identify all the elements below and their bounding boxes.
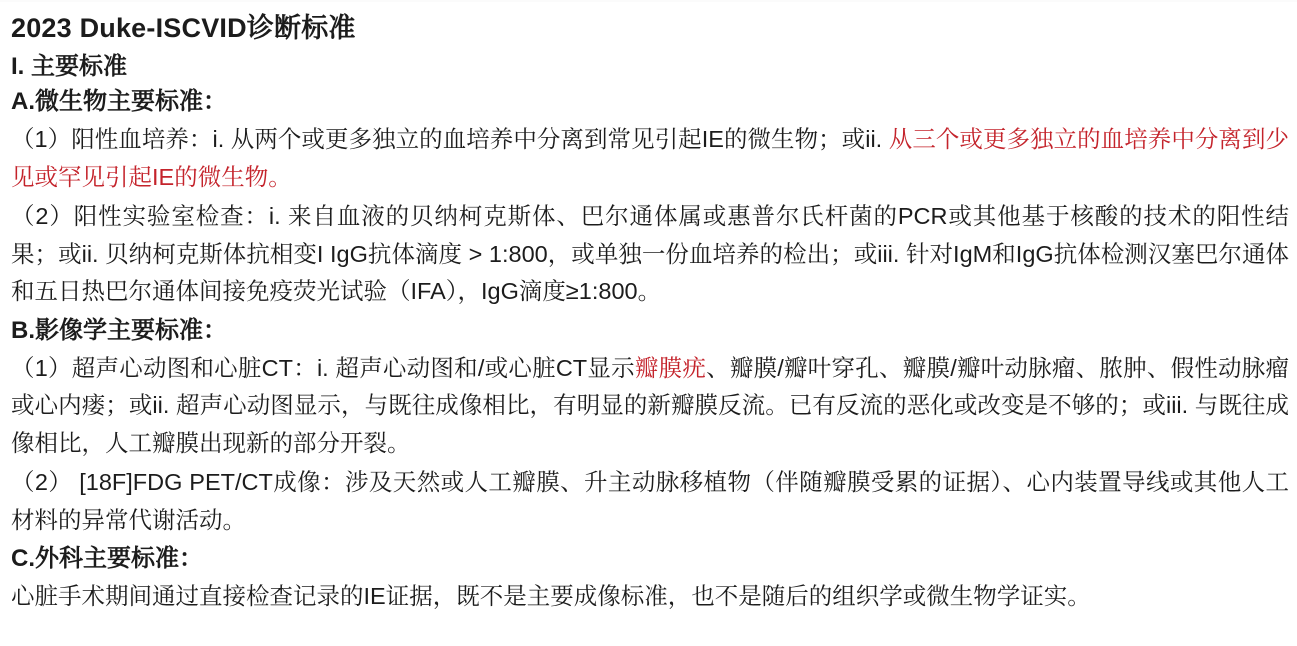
- paragraph-c1-surgical-evidence: 心脏手术期间通过直接检查记录的IE证据，既不是主要成像标准，也不是随后的组织学或…: [11, 578, 1289, 616]
- heading-b-imaging: B.影像学主要标准：: [11, 316, 1289, 346]
- text-segment: （2） [18F]FDG PET/CT成像：涉及天然或人工瓣膜、升主动脉移植物（…: [11, 469, 1289, 533]
- document-body: 2023 Duke-ISCVID诊断标准I. 主要标准A.微生物主要标准：（1）…: [11, 12, 1289, 616]
- highlighted-text: 瓣膜疣: [635, 355, 706, 381]
- text-segment: 心脏手术期间通过直接检查记录的IE证据，既不是主要成像标准，也不是随后的组织学或…: [11, 583, 1091, 609]
- heading-major-criteria: I. 主要标准: [11, 52, 1289, 82]
- heading-a-microbiology: A.微生物主要标准：: [11, 87, 1289, 117]
- paragraph-a2-laboratory-tests: （2）阳性实验室检查：i. 来自血液的贝纳柯克斯体、巴尔通体属或惠普尔氏杆菌的P…: [11, 198, 1289, 311]
- text-segment: （2）阳性实验室检查：i. 来自血液的贝纳柯克斯体、巴尔通体属或惠普尔氏杆菌的P…: [11, 203, 1289, 304]
- text-segment: （1）阳性血培养：i. 从两个或更多独立的血培养中分离到常见引起IE的微生物；或…: [11, 126, 889, 152]
- paragraph-a1-blood-culture: （1）阳性血培养：i. 从两个或更多独立的血培养中分离到常见引起IE的微生物；或…: [11, 121, 1289, 196]
- heading-c-surgical: C.外科主要标准：: [11, 544, 1289, 574]
- document-title: 2023 Duke-ISCVID诊断标准: [11, 12, 1289, 45]
- paragraph-b2-fdg-pet-ct: （2） [18F]FDG PET/CT成像：涉及天然或人工瓣膜、升主动脉移植物（…: [11, 464, 1289, 539]
- text-segment: （1）超声心动图和心脏CT：i. 超声心动图和/或心脏CT显示: [11, 355, 635, 381]
- document: 2023 Duke-ISCVID诊断标准I. 主要标准A.微生物主要标准：（1）…: [0, 0, 1297, 646]
- paragraph-b1-echo-ct: （1）超声心动图和心脏CT：i. 超声心动图和/或心脏CT显示瓣膜疣、瓣膜/瓣叶…: [11, 350, 1289, 463]
